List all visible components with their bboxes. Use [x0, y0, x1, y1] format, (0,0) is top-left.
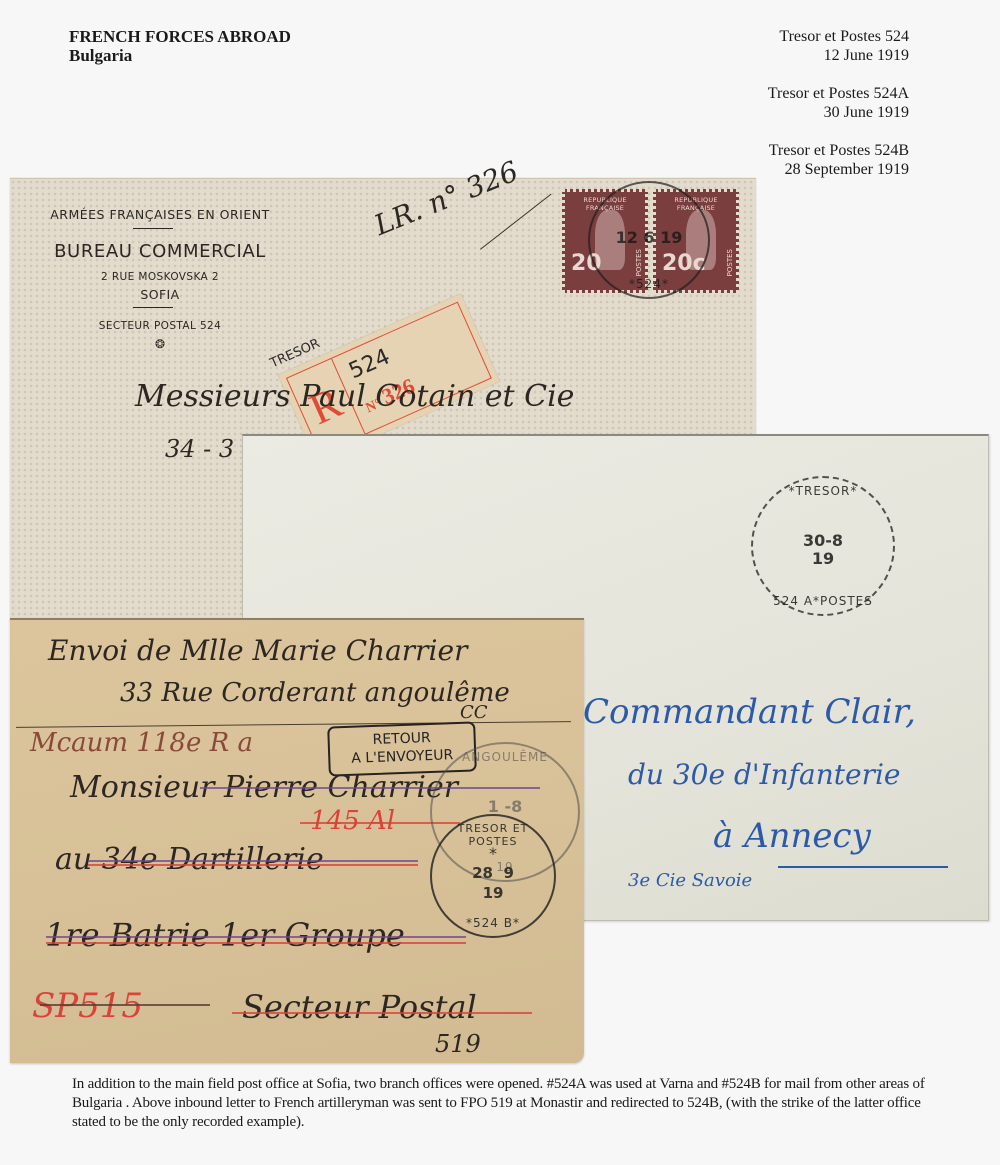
postmark-524b: TRESOR ET POSTES * 28 9 19 *524 B* [430, 814, 556, 938]
handwritten-registration: LR. n° 326 [370, 155, 523, 242]
address-line: à Annecy [713, 816, 871, 856]
caption-text: In addition to the main field post offic… [72, 1075, 942, 1132]
postmark-ring-top: *TRESOR* [753, 484, 893, 498]
star-icon: * [432, 844, 554, 863]
office-list: Tresor et Postes 524 12 June 1919 Tresor… [768, 27, 909, 179]
office-entry: Tresor et Postes 524A 30 June 1919 [768, 84, 909, 122]
letterhead-title: BUREAU COMMERCIAL [10, 241, 310, 262]
address-line: Commandant Clair, [583, 692, 916, 732]
ornament-icon: ❂ [10, 337, 310, 351]
letterhead-line: ARMÉES FRANÇAISES EN ORIENT [10, 207, 310, 222]
postmark-date: 28 9 [432, 864, 554, 882]
page-heading: FRENCH FORCES ABROAD Bulgaria [69, 27, 291, 65]
strike-line [40, 1004, 210, 1006]
underline [778, 866, 948, 868]
office-name: Tresor et Postes 524B [768, 141, 909, 160]
pen-stroke [480, 194, 552, 250]
postmark-date: 12 6 19 [590, 229, 708, 247]
sender-line: 33 Rue Corderant angoulême [120, 678, 510, 708]
postmark-ring-bottom: 524 A*POSTES [753, 594, 893, 608]
strike-line [232, 1012, 532, 1014]
postmark-ring-bottom: *524 B* [432, 916, 554, 930]
office-name: Tresor et Postes 524 [768, 27, 909, 46]
office-name: Tresor et Postes 524A [768, 84, 909, 103]
postmark-ring: ANGOULÊME [432, 750, 578, 764]
postmark-office: *524* [590, 277, 708, 291]
struck-sector: SP515 [32, 986, 143, 1026]
sector-line: Secteur Postal [242, 988, 477, 1026]
address-line: 3e Cie Savoie [628, 870, 752, 891]
address-line: Messieurs Paul Cotain et Cie [135, 379, 574, 414]
postmark-524: 12 6 19 *524* [588, 181, 710, 299]
address-line: 1re Batrie 1er Groupe [45, 916, 405, 954]
strike-line [46, 936, 466, 938]
address-line: 34 - 3 [165, 435, 234, 463]
page-title: FRENCH FORCES ABROAD [69, 27, 291, 46]
strike-line [88, 860, 418, 862]
letterhead-line: SECTEUR POSTAL 524 [10, 320, 310, 332]
divider-line [16, 721, 571, 728]
letterhead-line: 2 RUE MOSKOVSKA 2 [10, 271, 310, 283]
postmark-year: 19 [432, 884, 554, 902]
sender-line: CC [460, 702, 488, 723]
letterhead-line: SOFIA [10, 287, 310, 302]
letterhead-rule [133, 307, 173, 308]
strike-line [46, 942, 466, 944]
redirect-note: Mcaum 118e R a [30, 728, 253, 758]
strike-line [88, 864, 418, 866]
office-date: 30 June 1919 [768, 103, 909, 122]
address-line: du 30e d'Infanterie [628, 758, 901, 791]
office-date: 28 September 1919 [768, 160, 909, 179]
sector-new: 519 [435, 1030, 481, 1058]
office-entry: Tresor et Postes 524 12 June 1919 [768, 27, 909, 65]
page-subtitle: Bulgaria [69, 46, 291, 65]
stamp-side-text: POSTES [726, 249, 734, 276]
postmark-date: 30-8 19 [753, 532, 893, 568]
postmark-date: 1 -8 [432, 798, 578, 816]
letterhead-rule [133, 228, 173, 229]
postmark-524a: *TRESOR* 30-8 19 524 A*POSTES [751, 476, 895, 616]
struck-text: 145 Al [310, 806, 395, 836]
office-entry: Tresor et Postes 524B 28 September 1919 [768, 141, 909, 179]
envelope-redirected-524b: Envoi de Mlle Marie Charrier 33 Rue Cord… [10, 618, 584, 1063]
sender-line: Envoi de Mlle Marie Charrier [48, 634, 467, 667]
office-date: 12 June 1919 [768, 46, 909, 65]
